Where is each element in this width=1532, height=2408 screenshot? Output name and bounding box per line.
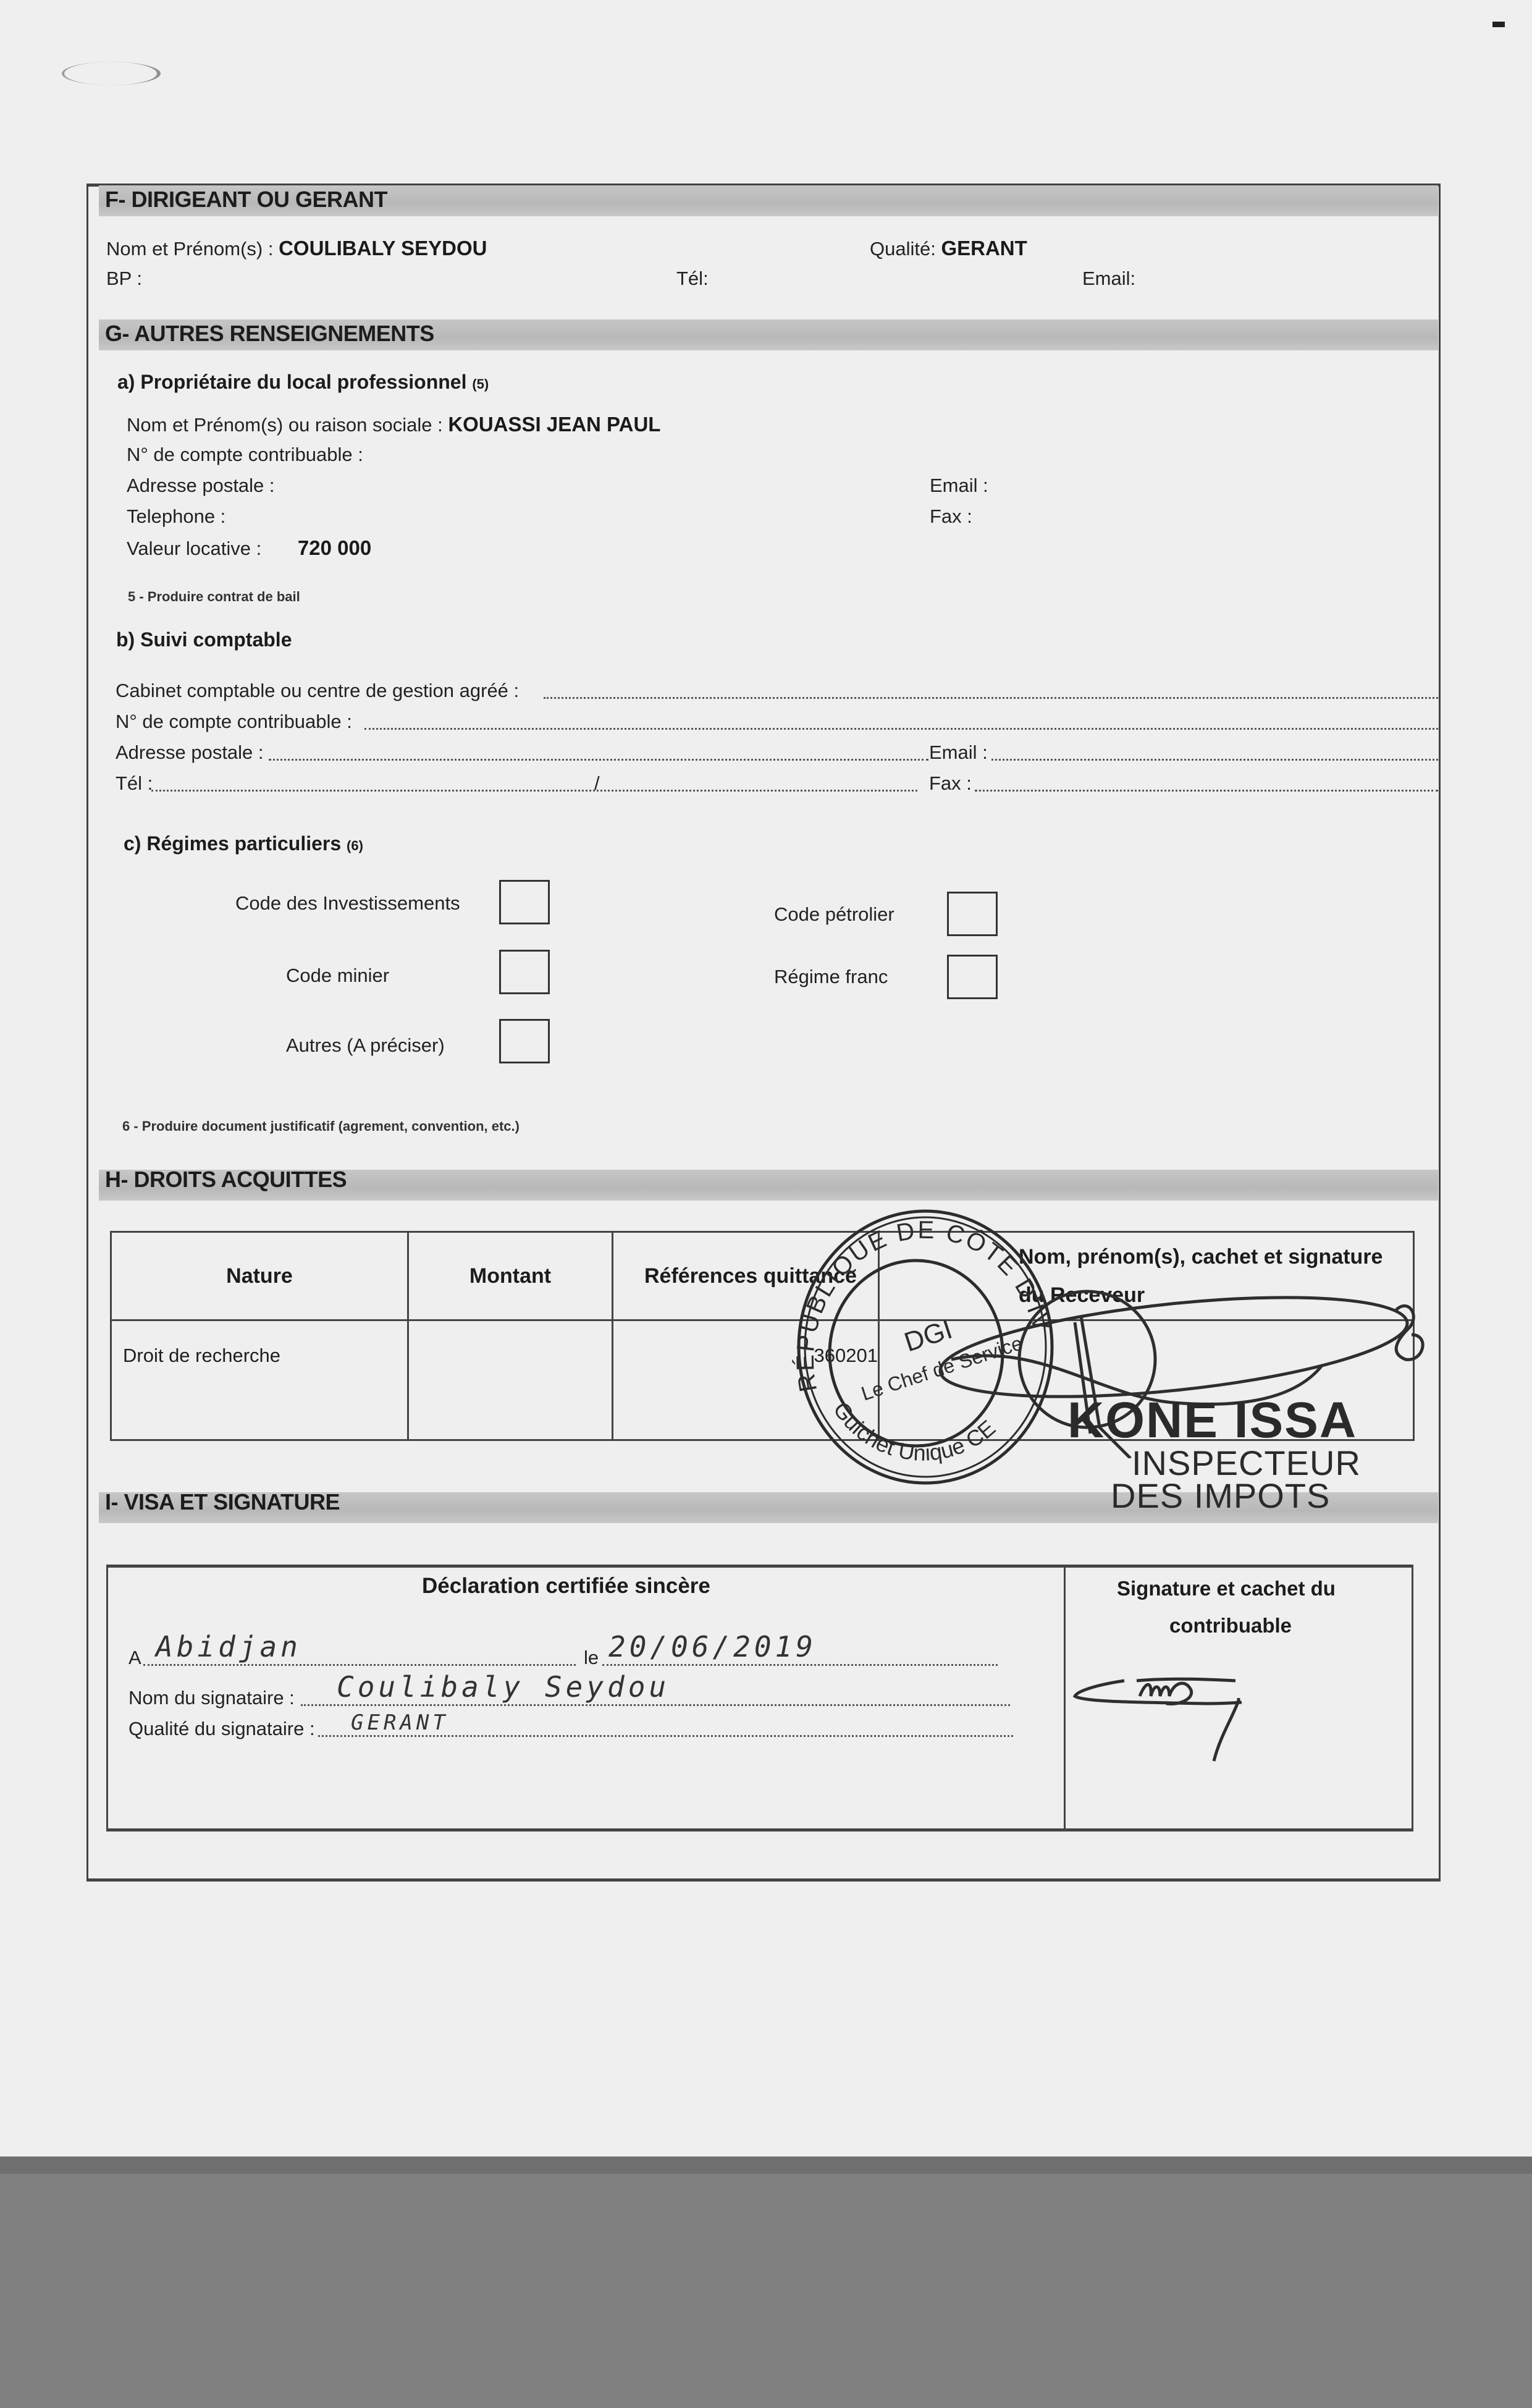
- checkbox-autres[interactable]: [499, 1019, 550, 1063]
- regimes-heading-text: c) Régimes particuliers: [124, 832, 341, 855]
- visa-qualite-line[interactable]: [318, 1735, 1013, 1737]
- regime-label-minier: Code minier: [286, 965, 389, 987]
- receveur-name: KONE ISSA: [1067, 1392, 1357, 1450]
- regimes-heading-ref: (6): [347, 838, 363, 853]
- proprietaire-heading-text: a) Propriétaire du local professionnel: [117, 371, 466, 393]
- f-tel-label: Tél:: [676, 268, 709, 290]
- proprietaire-telephone-label: Telephone :: [127, 505, 225, 528]
- suivi-compte-label: N° de compte contribuable :: [116, 711, 352, 733]
- suivi-compte-line[interactable]: [364, 728, 1438, 730]
- stamp-dgi: DGI: [901, 1314, 956, 1358]
- regime-label-investissements: Code des Investissements: [235, 892, 460, 915]
- declaration-heading: Déclaration certifiée sincère: [422, 1574, 710, 1599]
- checkbox-code-minier[interactable]: [499, 950, 550, 994]
- proprietaire-adresse-label: Adresse postale :: [127, 475, 275, 497]
- visa-le-label: le: [584, 1647, 599, 1669]
- proprietaire-valeur-label: Valeur locative :: [127, 538, 261, 559]
- suivi-email-label: Email :: [929, 741, 988, 764]
- suivi-adresse-label: Adresse postale :: [116, 741, 264, 764]
- proprietaire-name-label: Nom et Prénom(s) ou raison sociale :: [127, 414, 443, 436]
- regime-label-franc: Régime franc: [774, 966, 888, 988]
- suivi-cabinet-line[interactable]: [544, 697, 1438, 699]
- f-name-label: Nom et Prénom(s) :: [106, 238, 273, 260]
- suivi-cabinet-label: Cabinet comptable ou centre de gestion a…: [116, 680, 519, 702]
- suivi-fax-line[interactable]: [975, 790, 1438, 792]
- visa-a-label: A: [128, 1647, 141, 1669]
- proprietaire-name-field: Nom et Prénom(s) ou raison sociale : KOU…: [127, 413, 660, 436]
- signature-heading-1: Signature et cachet du: [1117, 1577, 1336, 1600]
- proprietaire-valeur-field: Valeur locative : 720 000: [127, 536, 371, 560]
- staple-hole: [62, 62, 161, 85]
- regimes-heading: c) Régimes particuliers (6): [124, 832, 363, 855]
- f-qualite-label: Qualité:: [870, 238, 936, 260]
- signature-heading-2: contribuable: [1169, 1614, 1292, 1637]
- scan-mark: [1492, 22, 1505, 27]
- suivi-tel-line[interactable]: [151, 790, 917, 792]
- proprietaire-valeur-value: 720 000: [298, 536, 371, 559]
- proprietaire-heading: a) Propriétaire du local professionnel (…: [117, 371, 489, 394]
- suivi-adresse-line[interactable]: [269, 759, 928, 761]
- f-name-value: COULIBALY SEYDOU: [279, 237, 487, 260]
- f-email-label: Email:: [1082, 268, 1135, 290]
- suivi-tel-separator: /: [594, 772, 600, 795]
- cell-nature: Droit de recherche: [111, 1320, 408, 1440]
- scanned-page: F- DIRIGEANT OU GERANT Nom et Prénom(s) …: [0, 0, 1532, 2157]
- visa-signataire-value[interactable]: Coulibaly Seydou: [337, 1670, 670, 1704]
- suivi-email-line[interactable]: [991, 759, 1438, 761]
- visa-a-value[interactable]: Abidjan: [156, 1630, 301, 1663]
- visa-le-line[interactable]: [602, 1664, 998, 1666]
- proprietaire-fax-label: Fax :: [930, 505, 972, 528]
- section-g-title: G- AUTRES RENSEIGNEMENTS: [105, 321, 434, 347]
- col-montant: Montant: [408, 1232, 613, 1320]
- suivi-tel-label: Tél :: [116, 772, 153, 795]
- checkbox-code-petrolier[interactable]: [947, 892, 998, 936]
- f-name-field: Nom et Prénom(s) : COULIBALY SEYDOU: [106, 237, 487, 260]
- f-qualite-value: GERANT: [941, 237, 1027, 260]
- visa-divider: [1064, 1565, 1066, 1831]
- col-nature: Nature: [111, 1232, 408, 1320]
- f-qualite-field: Qualité: GERANT: [870, 237, 1027, 260]
- section-h-title: H- DROITS ACQUITTES: [105, 1167, 347, 1193]
- contribuable-signature: [1072, 1675, 1294, 1780]
- footnote-5: 5 - Produire contrat de bail: [128, 589, 300, 605]
- checkbox-regime-franc[interactable]: [947, 955, 998, 999]
- cell-montant: [408, 1320, 613, 1440]
- f-bp-label: BP :: [106, 268, 142, 290]
- visa-signataire-label: Nom du signataire :: [128, 1687, 295, 1709]
- visa-le-value[interactable]: 20/06/2019: [608, 1630, 817, 1663]
- visa-qualite-label: Qualité du signataire :: [128, 1718, 315, 1740]
- suivi-heading: b) Suivi comptable: [116, 628, 292, 651]
- proprietaire-name-value: KOUASSI JEAN PAUL: [448, 413, 660, 436]
- visa-a-line[interactable]: [143, 1664, 576, 1666]
- proprietaire-compte-label: N° de compte contribuable :: [127, 444, 363, 466]
- visa-qualite-value[interactable]: GERANT: [351, 1710, 449, 1735]
- proprietaire-heading-ref: (5): [472, 376, 489, 392]
- proprietaire-email-label: Email :: [930, 475, 988, 497]
- section-i-title: I- VISA ET SIGNATURE: [105, 1489, 340, 1515]
- regime-label-petrolier: Code pétrolier: [774, 903, 894, 926]
- scan-edge: [0, 2157, 1532, 2174]
- footnote-6: 6 - Produire document justificatif (agre…: [122, 1118, 520, 1134]
- visa-signataire-line[interactable]: [301, 1704, 1010, 1706]
- receveur-title-2: DES IMPOTS: [1111, 1476, 1330, 1516]
- suivi-fax-label: Fax :: [929, 772, 972, 795]
- section-f-title: F- DIRIGEANT OU GERANT: [105, 187, 387, 213]
- official-stamp: RÉPUBLIQUE DE CÔTE D'IVOIRE Guichet Uniq…: [789, 1205, 1061, 1489]
- checkbox-code-investissements[interactable]: [499, 880, 550, 924]
- regime-label-autres: Autres (A préciser): [286, 1034, 445, 1057]
